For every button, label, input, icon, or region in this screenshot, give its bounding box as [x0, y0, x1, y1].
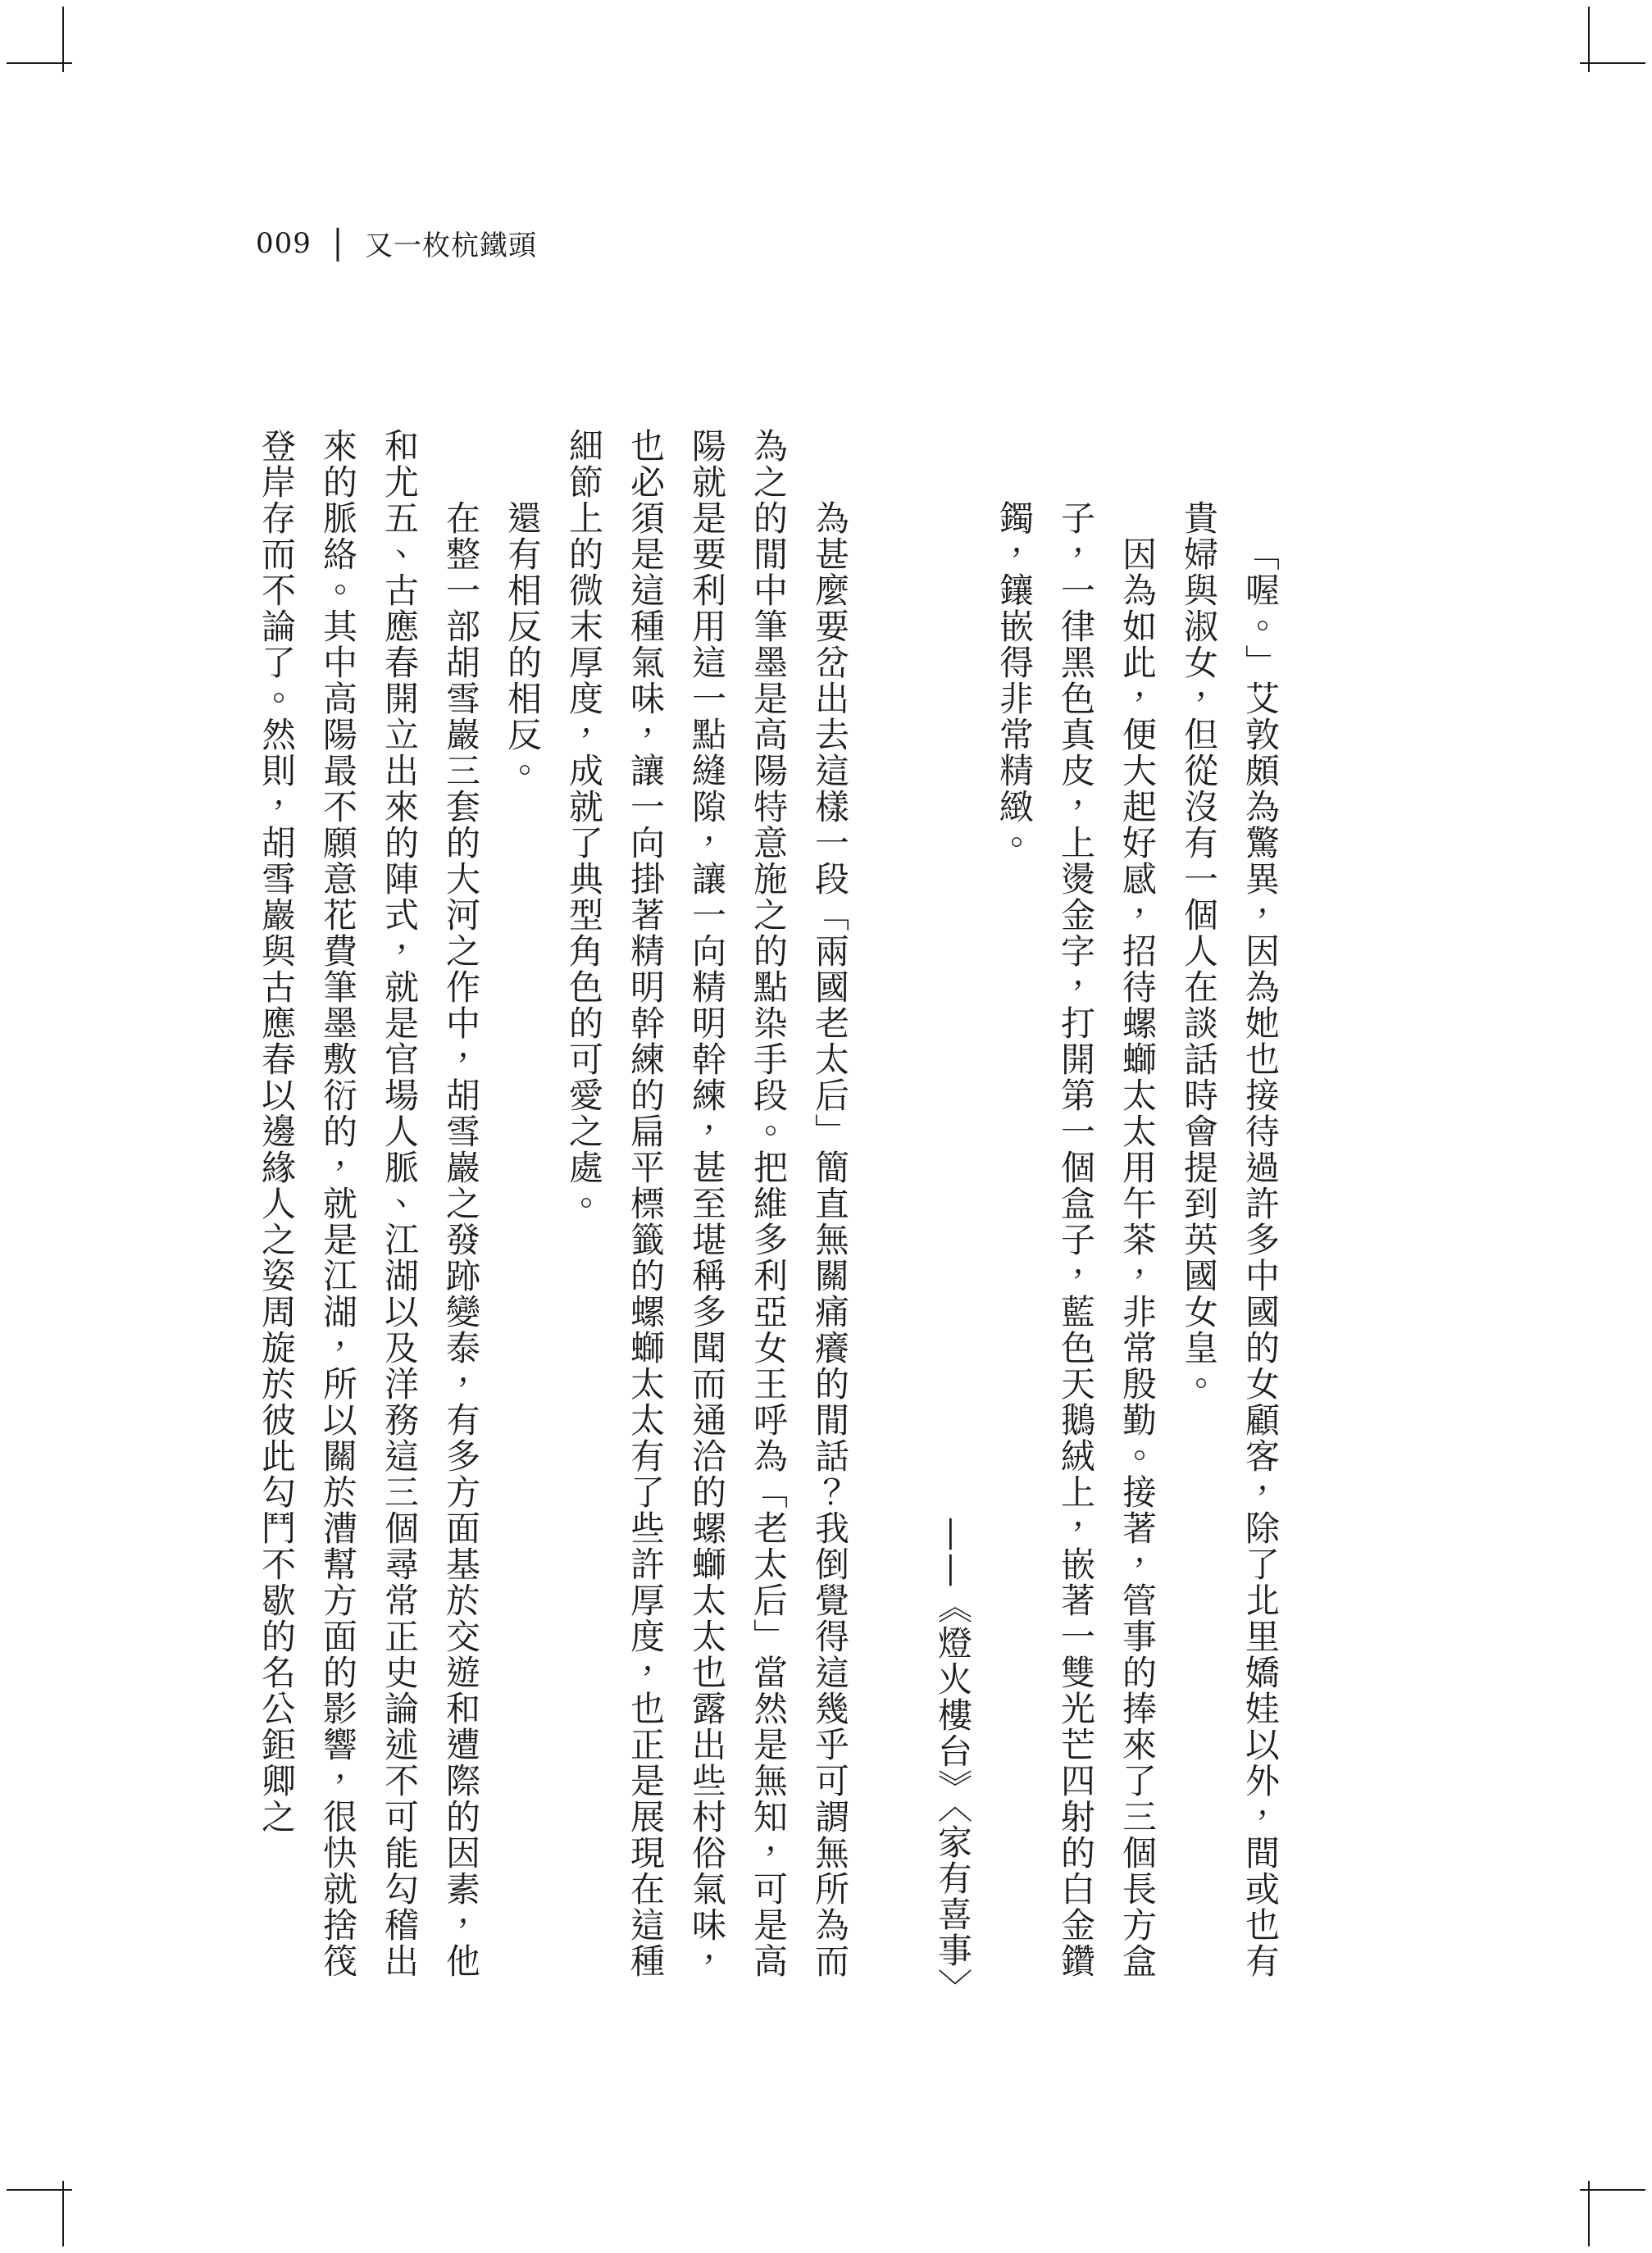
block-quote: 「喔。」艾敦頗為驚異，因為她也接待過許多中國的女顧客，除了北里嬌娃以外，間或也有… [922, 428, 1291, 2005]
crop-mark-bottom-right-vertical [1588, 2181, 1590, 2246]
body-paragraph: 還有相反的相反。 [492, 428, 553, 2005]
body-text: 為甚麼要岔出去這樣一段「兩國老太后」簡直無關痛癢的閒話？我倒覺得這幾乎可謂無所為… [246, 428, 861, 2005]
body-paragraph: 在整一部胡雪巖三套的大河之作中，胡雪巖之發跡變泰，有多方面基於交遊和遭際的因素，… [246, 428, 492, 2005]
running-header: 009 | 又一枚杭鐵頭 [256, 223, 537, 263]
page-number: 009 [256, 227, 312, 260]
crop-mark-top-right-horizontal [1580, 62, 1645, 64]
quote-paragraph: 「喔。」艾敦頗為驚異，因為她也接待過許多中國的女顧客，除了北里嬌娃以外，間或也有… [1168, 500, 1291, 2005]
crop-mark-bottom-left-horizontal [7, 2189, 72, 2191]
header-separator: | [333, 224, 344, 262]
text-block: 「喔。」艾敦頗為驚異，因為她也接待過許多中國的女顧客，除了北里嬌娃以外，間或也有… [246, 428, 1291, 2005]
crop-mark-top-left-horizontal [7, 62, 72, 64]
book-page: 009 | 又一枚杭鐵頭 「喔。」艾敦頗為驚異，因為她也接待過許多中國的女顧客，… [0, 0, 1652, 2253]
crop-mark-bottom-right-horizontal [1580, 2189, 1645, 2191]
quote-paragraph: 因為如此，便大起好感，招待螺螄太太用午茶，非常殷勤。接著，管事的捧來了三個長方盒… [984, 500, 1168, 2005]
chapter-title: 又一枚杭鐵頭 [365, 223, 537, 263]
crop-mark-bottom-left-vertical [62, 2181, 64, 2246]
body-paragraph: 為甚麼要岔出去這樣一段「兩國老太后」簡直無關痛癢的閒話？我倒覺得這幾乎可謂無所為… [553, 428, 861, 2005]
quote-attribution: ——《燈火樓台》〈家有喜事〉 [922, 500, 984, 2005]
